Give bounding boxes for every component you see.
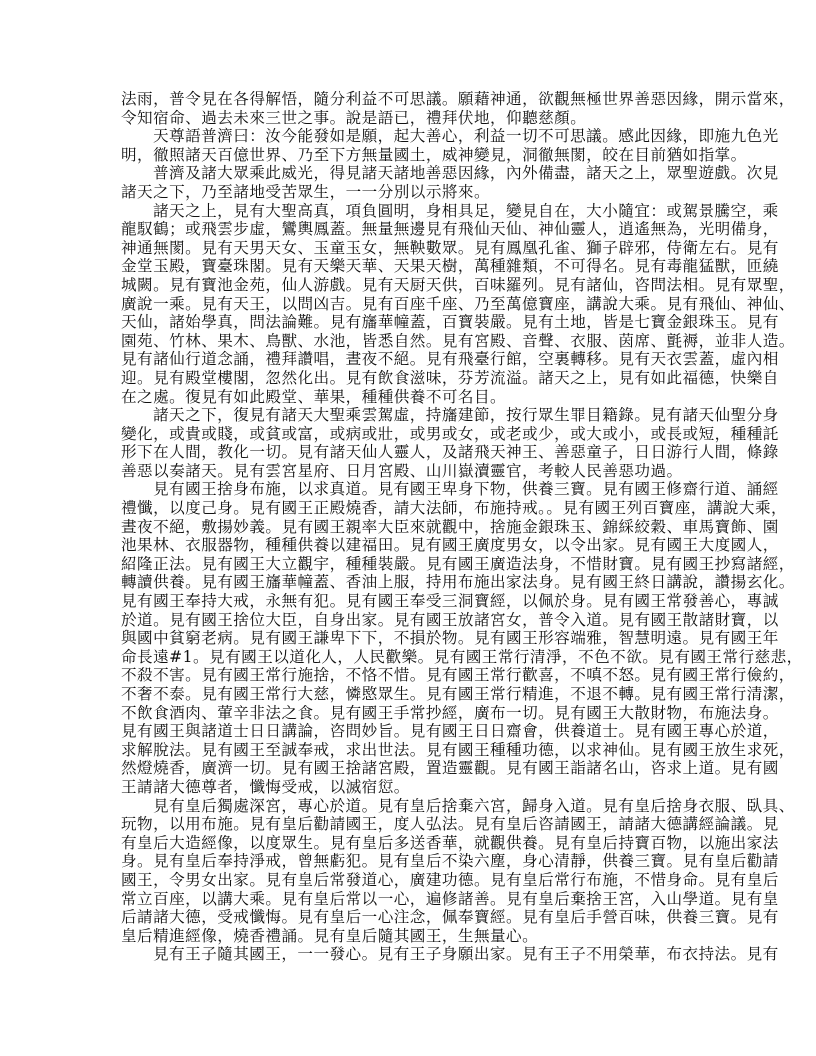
text-line: 禮懺，以度己身。見有國王正殿燒香，請大法師，布施持戒。。見有國王列百寶座，講說大… [121, 499, 703, 518]
text-line: 天仙，諸始學真，問法論難。見有旛華幢蓋，百寶裝嚴。見有土地，皆是七寶金銀珠玉。見… [121, 313, 703, 332]
text-line: 金堂玉殿，寶臺珠閣。見有天樂天華、天果天樹，萬種雜類，不可得名。見有毒龍猛獸，匝… [121, 257, 703, 276]
text-line: 池果林、衣服器物，種種供養以建福田。見有國王廣度男女，以令出家。見有國王大度國人… [121, 536, 703, 555]
text-line: 不殺不害。見有國王常行施捨，不恪不惜。見有國王常行歡喜，不嗔不怒。見有國王常行儉… [121, 666, 703, 685]
text-line: 有皇后大造經像，以度眾生。見有皇后多送香華，就觀供養。見有皇后持寶百物，以施出家… [121, 834, 703, 853]
text-line: 神通無閡。見有天男天女、玉童玉女，無鞅數眾。見有鳳凰孔雀、獅子辟邪，侍衛左右。見… [121, 239, 703, 258]
document-page: 法雨，普令見在各得解悟，隨分利益不可思議。願藉神通，欲觀無極世界善惡因緣，開示當… [121, 90, 703, 964]
text-line: 龍馭鶴；或飛雲步虛，鸞輿鳳蓋。無量無邊見有飛仙天仙、神仙靈人，逍遙無為，光明備身… [121, 220, 703, 239]
paragraph-first-line: 天尊語普濟曰：汝今能發如是願，起大善心，利益一切不可思議。感此因緣，即施九色光 [121, 127, 703, 146]
text-line: 法雨，普令見在各得解悟，隨分利益不可思議。願藉神通，欲觀無極世界善惡因緣，開示當… [121, 90, 703, 109]
text-line: 不飲食酒肉、葷辛非法之食。見有國王手常抄經，廣布一切。見有國王大散財物，布施法身… [121, 704, 703, 723]
paragraph-first-line: 見有皇后獨處深宮，專心於道。見有皇后捨棄六宮，歸身入道。見有皇后捨身衣服、臥具、 [121, 797, 703, 816]
text-line: 城闕。見有寶池金苑，仙人游戲。見有天厨天供，百味羅列。見有諸仙，咨問法相。見有眾… [121, 276, 703, 295]
text-line: 迎。見有殿堂樓閣，忽然化出。見有飲食滋味，芬芳流溢。諸天之上，見有如此福德，快樂… [121, 369, 703, 388]
text-line: 見有諸仙行道念誦，禮拜讚唱，晝夜不絕。見有飛臺行館，空裏轉移。見有天衣雲蓋，虛內… [121, 350, 703, 369]
text-line: 王請諸大德尊者，懺悔受戒，以滅宿愆。 [121, 778, 703, 797]
paragraph-first-line: 見有國王捨身布施，以求真道。見有國王卑身下物，供養三寶。見有國王修齋行道、誦經 [121, 480, 703, 499]
text-line: 身。見有皇后奉持淨戒，曾無虧犯。見有皇后不染六塵，身心清靜，供養三寶。見有皇后勸… [121, 852, 703, 871]
text-line: 國王，令男女出家。見有皇后常發道心，廣建功德。見有皇后常行布施，不惜身命。見有皇… [121, 871, 703, 890]
text-line: 明，徹照諸天百億世界、乃至下方無量國土，威神變見，洞徹無閡，皎在目前猶如指掌。 [121, 146, 703, 165]
paragraph-first-line: 普濟及諸大眾乘此威光，得見諸天諸地善惡因緣，內外備盡，諸天之上，眾聖遊戲。次見 [121, 164, 703, 183]
text-line: 在之處。復見有如此殿堂、華果，種種供養不可名目。 [121, 388, 703, 407]
paragraph-first-line: 見有王子隨其國王，一一發心。見有王子身願出家。見有王子不用榮華，布衣持法。見有 [121, 945, 703, 964]
text-line: 於道。見有國王捨位大臣，自身出家。見有國王放諸宮女，普令入道。見有國王散諸財寶，… [121, 611, 703, 630]
text-line: 見有國王奉持大戒，永無有犯。見有國王奉受三洞寶經，以佩於身。見有國王常發善心，專… [121, 592, 703, 611]
text-line: 皇后精進經像，燒香禮誦。見有皇后隨其國王，生無量心。 [121, 927, 703, 946]
text-line: 不奢不泰。見有國王常行大慈，憐愍眾生。見有國王常行精進，不退不轉。見有國王常行清… [121, 685, 703, 704]
text-line: 諸天之下，乃至諸地受苦眾生，一一分別以示將來。 [121, 183, 703, 202]
text-line: 善惡以奏諸天。見有雲宮星府、日月宮殿、山川嶽瀆靈官，考較人民善惡功過。 [121, 462, 703, 481]
text-line: 紹隆正法。見有國王大立觀宇，種種裝嚴。見有國王廣造法身，不惜財寶。見有國王抄寫諸… [121, 555, 703, 574]
text-line: 后請諸大德，受戒懺悔。見有皇后一心注念，佩奉寶經。見有皇后手營百味，供養三寶。見… [121, 908, 703, 927]
text-line: 求解脫法。見有國王至誠奉戒，求出世法。見有國王種種功德，以求神仙。見有國王放生求… [121, 741, 703, 760]
paragraph-first-line: 諸天之上，見有大聖高真，項負圓明，身相具足，變見自在，大小隨宜：或駕景騰空，乘 [121, 202, 703, 221]
paragraph-first-line: 諸天之下，復見有諸天大聖乘雲駕虛，持旛建節，按行眾生罪目籍錄。見有諸天仙聖分身 [121, 406, 703, 425]
text-line: 見有國王與諸道士日日講論，咨問妙旨。見有國王日日齋會，供養道士。見有國王專心於道… [121, 722, 703, 741]
text-line: 形下在人間，教化一切。見有諸天仙人靈人，及諸飛天神王、善惡童子，日日游行人間，條… [121, 443, 703, 462]
text-line: 變化，或貴或賤，或貧或富，或病或壯，或男或女，或老或少，或大或小，或長或短，種種… [121, 425, 703, 444]
text-line: 與國中貧窮老病。見有國王謙卑下下，不損於物。見有國王形容端雅，智慧明遠。見有國王… [121, 629, 703, 648]
text-line: 晝夜不絕，敷揚妙義。見有國王親率大臣來就觀中，捨施金銀珠玉、錦綵絞穀、車馬寶飾、… [121, 518, 703, 537]
text-line: 命長遠#1。見有國王以道化人，人民歡樂。見有國王常行清淨，不色不欲。見有國王常行… [121, 648, 703, 667]
text-line: 常立百座，以講大乘。見有皇后常以一心，遍修諸善。見有皇后棄捨王宮，入山學道。見有… [121, 890, 703, 909]
text-line: 園苑、竹林、果木、鳥獸、水池，皆悉自然。見有宮殿、音聲、衣服、茵席、氈褥，並非人… [121, 332, 703, 351]
text-line: 然燈燒香，廣濟一切。見有國王捨諸宮殿，置造靈觀。見有國王詣諸名山，咨求上道。見有… [121, 759, 703, 778]
text-line: 轉讀供養。見有國王旛華幢蓋、香油上服，持用布施出家法身。見有國王終日講說，讚揚玄… [121, 573, 703, 592]
text-line: 廣說一乘。見有天王，以問凶吉。見有百座千座、乃至萬億寶座，講說大乘。見有飛仙、神… [121, 295, 703, 314]
text-line: 玩物，以用布施。見有皇后勸請國王，度人弘法。見有皇后咨請國王，請諸大德講經論議。… [121, 815, 703, 834]
text-line: 令知宿命、過去未來三世之事。說是語已，禮拜伏地，仰聽慈顏。 [121, 109, 703, 128]
